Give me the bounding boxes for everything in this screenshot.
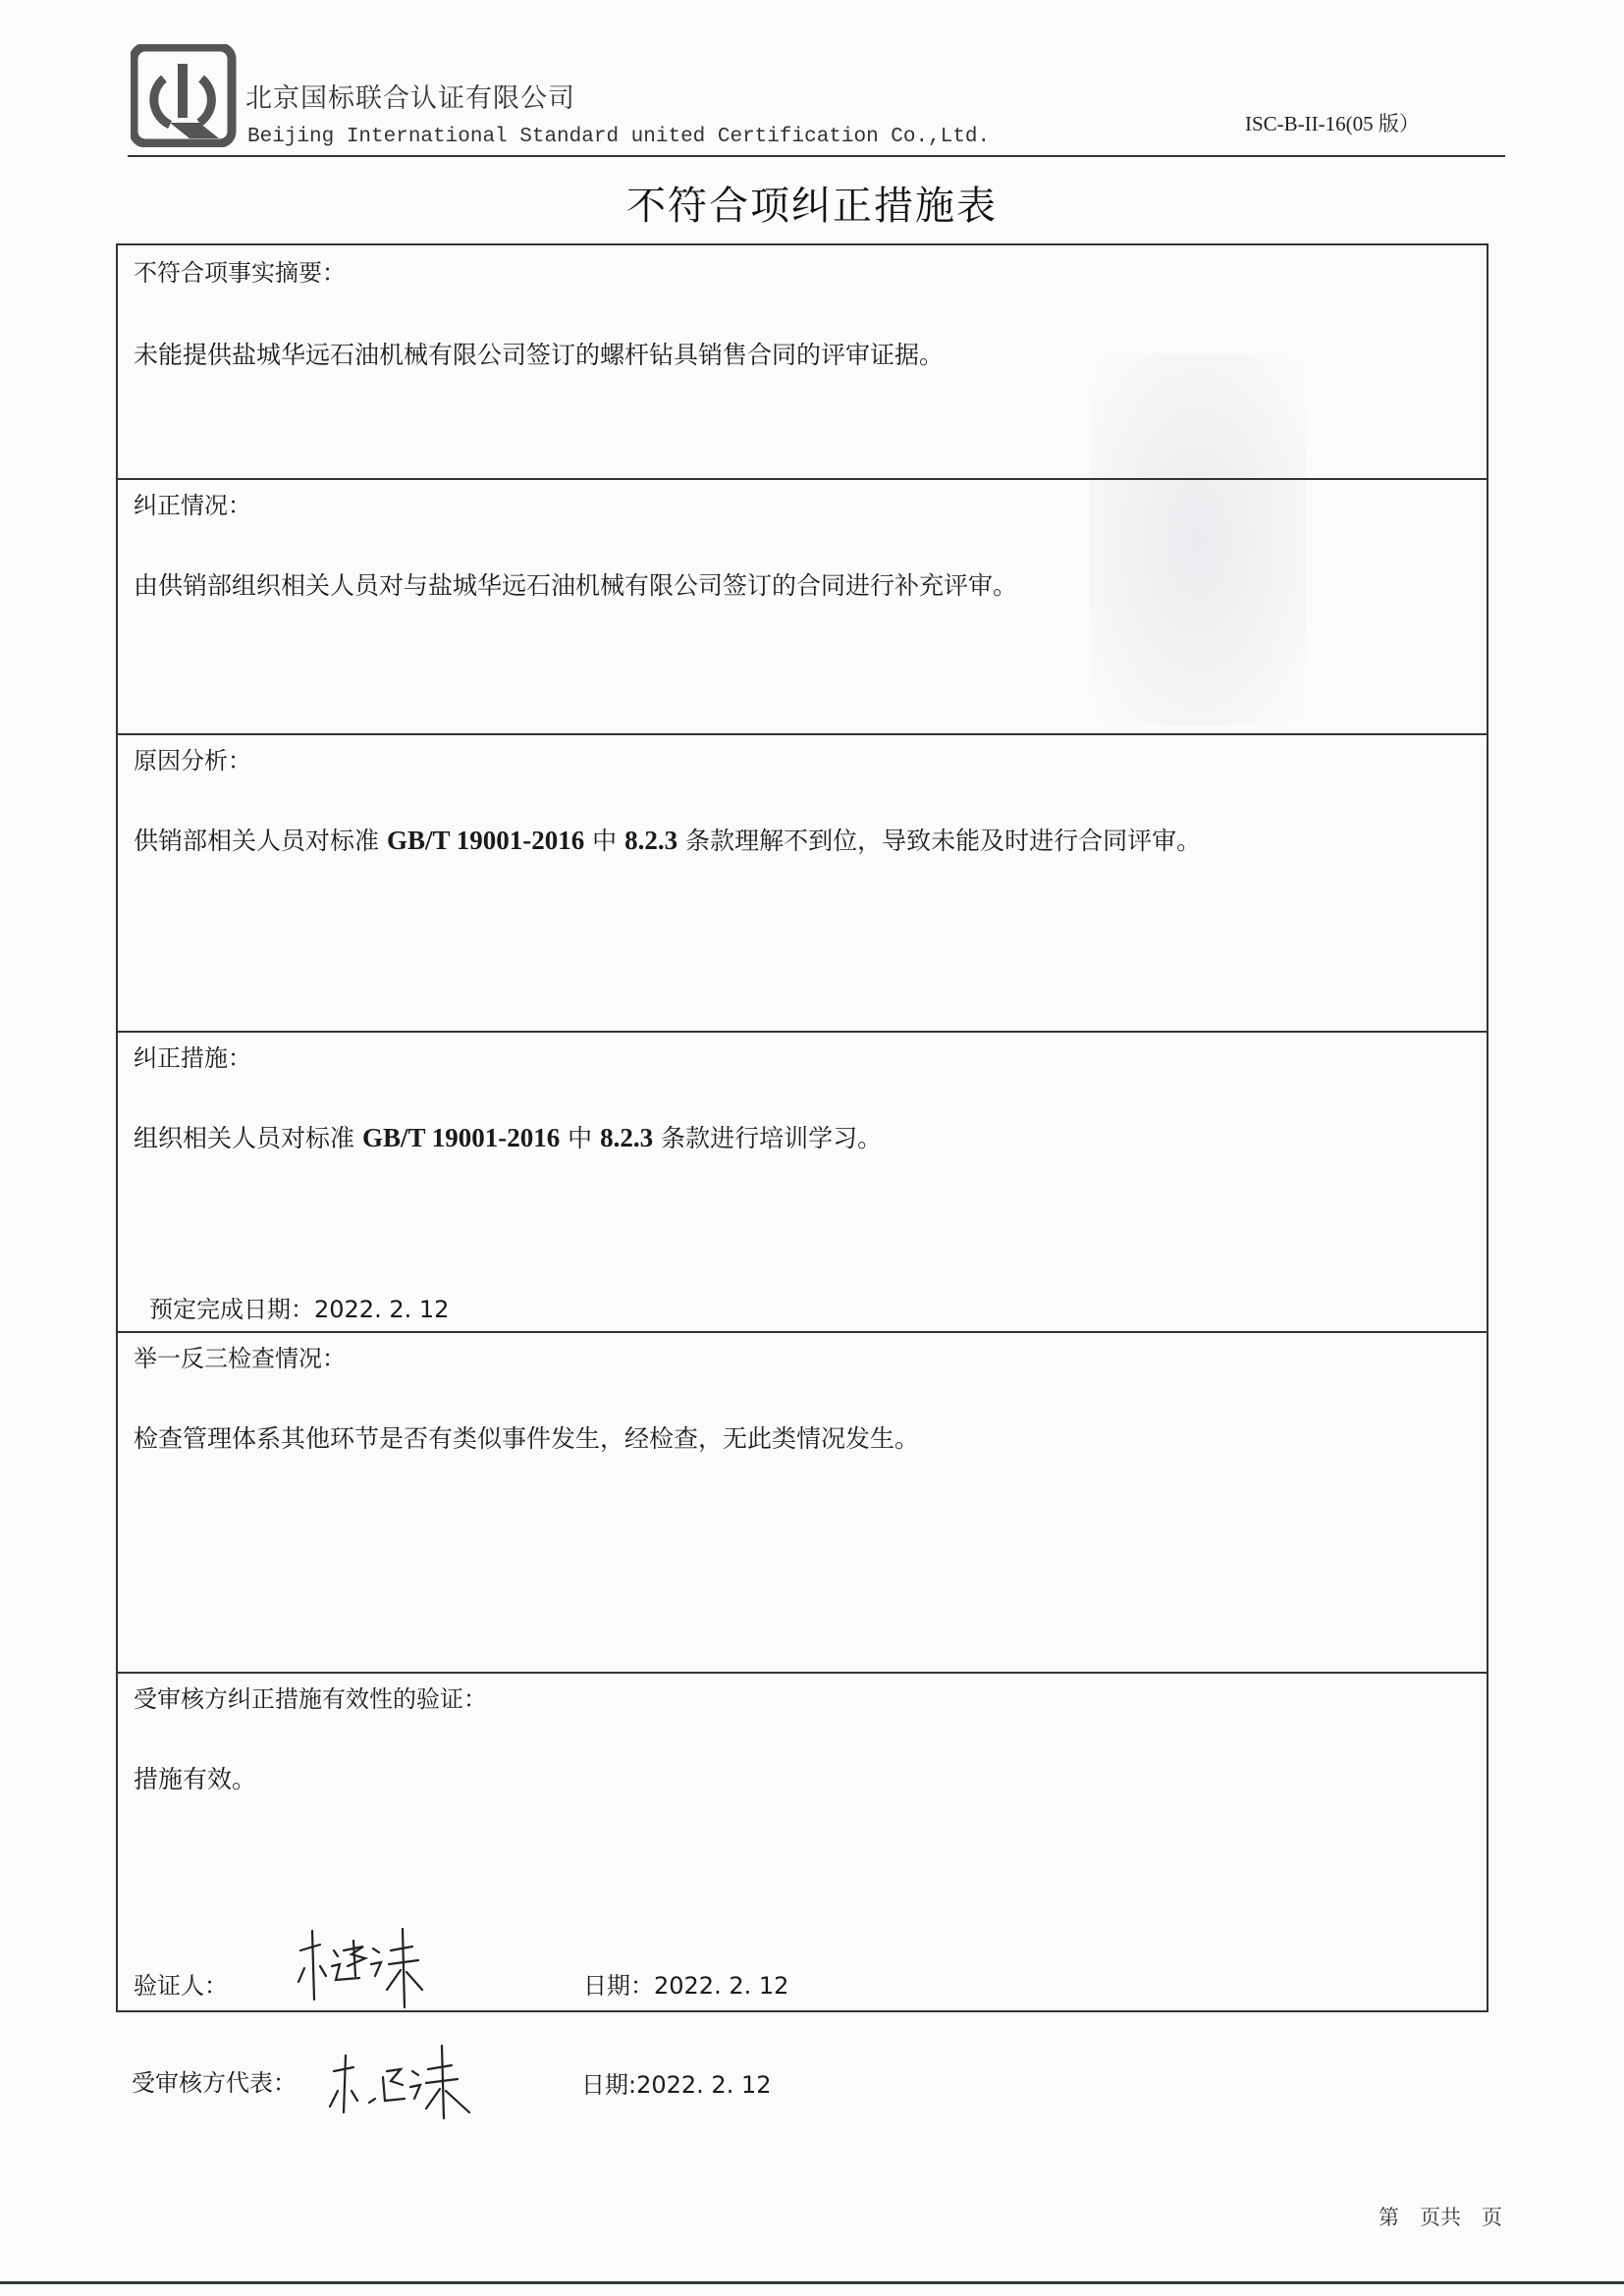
section-text: 检查管理体系其他环节是否有类似事件发生，经检查，无此类情况发生。: [134, 1419, 919, 1455]
section-effectiveness-verification: 受审核方纠正措施有效性的验证： 措施有效。 验证人： 日期：2022. 2. 1…: [118, 1672, 1487, 2010]
auditee-date: 日期:2022. 2. 12: [581, 2065, 772, 2100]
section-cause-analysis: 原因分析： 供销部相关人员对标准 GB/T 19001-2016 中 8.2.3…: [118, 733, 1487, 1031]
section-text: 措施有效。: [134, 1760, 256, 1795]
section-text: 未能提供盐城华远石油机械有限公司签订的螺杆钻具销售合同的评审证据。: [134, 336, 944, 371]
section-label: 纠正情况：: [134, 486, 251, 520]
verifier-label: 验证人：: [134, 1966, 228, 2001]
section-similar-check: 举一反三检查情况： 检查管理体系其他环节是否有类似事件发生，经检查，无此类情况发…: [118, 1331, 1487, 1672]
planned-completion-date: 预定完成日期：2022. 2. 12: [149, 1290, 449, 1324]
section-label: 举一反三检查情况：: [134, 1339, 346, 1373]
verification-date: 日期：2022. 2. 12: [583, 1966, 788, 2001]
section-text: 供销部相关人员对标准 GB/T 19001-2016 中 8.2.3 条款理解不…: [134, 822, 1201, 857]
form-table: 不符合项事实摘要： 未能提供盐城华远石油机械有限公司签订的螺杆钻具销售合同的评审…: [116, 243, 1489, 2012]
page-number: 第 页共 页: [1379, 2202, 1502, 2231]
auditee-rep-label: 受审核方代表：: [132, 2063, 297, 2098]
company-name-en: Beijing International Standard united Ce…: [247, 126, 990, 148]
section-text: 组织相关人员对标准 GB/T 19001-2016 中 8.2.3 条款进行培训…: [134, 1119, 882, 1154]
section-label: 受审核方纠正措施有效性的验证：: [134, 1680, 487, 1714]
section-text: 由供销部组织相关人员对与盐城华远石油机械有限公司签订的合同进行补充评审。: [134, 566, 1017, 602]
page-title: 不符合项纠正措施表: [0, 175, 1624, 231]
company-logo-icon: [131, 44, 237, 147]
section-label: 原因分析：: [134, 741, 251, 775]
section-label: 纠正措施：: [134, 1039, 251, 1073]
section-label: 不符合项事实摘要：: [134, 253, 346, 288]
auditee-rep-signature: [326, 2042, 483, 2124]
verifier-signature: [291, 1921, 438, 2013]
form-code: ISC-B-II-16(05 版）: [1245, 108, 1420, 137]
section-correction-status: 纠正情况： 由供销部组织相关人员对与盐城华远石油机械有限公司签订的合同进行补充评…: [118, 478, 1487, 733]
company-name-cn: 北京国标联合认证有限公司: [245, 77, 575, 115]
header-divider: [128, 155, 1505, 157]
scan-edge-line: [0, 2281, 1624, 2284]
section-corrective-action: 纠正措施： 组织相关人员对标准 GB/T 19001-2016 中 8.2.3 …: [118, 1031, 1487, 1331]
section-nonconformity-summary: 不符合项事实摘要： 未能提供盐城华远石油机械有限公司签订的螺杆钻具销售合同的评审…: [118, 245, 1487, 478]
